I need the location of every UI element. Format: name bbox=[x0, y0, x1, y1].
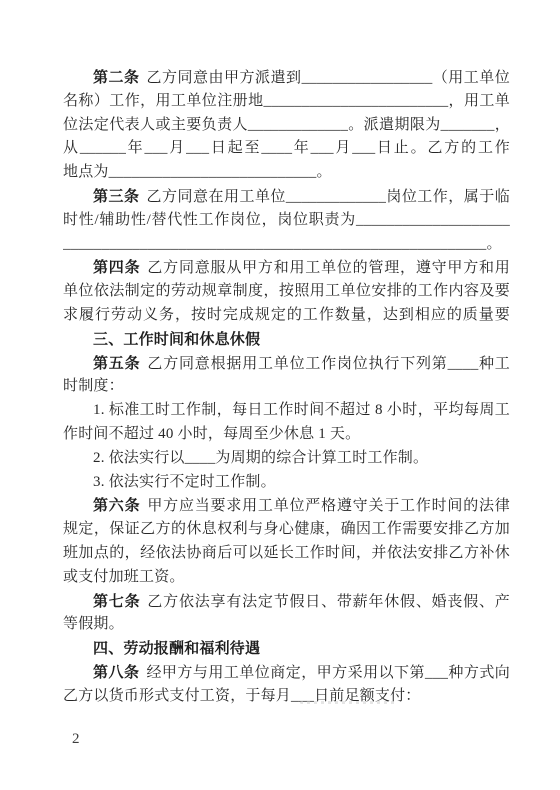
document-body: 第二条乙方同意由甲方派遣到_________________（用工单位名称）工作… bbox=[63, 66, 510, 709]
document-line: 等假期。 bbox=[63, 613, 510, 637]
scan-artifact bbox=[300, 701, 396, 704]
document-line: 第二条乙方同意由甲方派遣到_________________（用工单位 bbox=[63, 66, 510, 90]
article-number-label: 第三条 bbox=[93, 188, 139, 205]
line-text: 时制度： bbox=[63, 378, 124, 394]
document-line: 名称）工作，用工单位注册地________________________，用工… bbox=[63, 90, 510, 114]
article-number-label: 第六条 bbox=[93, 497, 140, 514]
document-line: 或支付加班工资。 bbox=[63, 566, 510, 590]
document-line: 1. 标准工时工作制，每日工作时间不超过 8 小时，平均每周工 bbox=[63, 399, 510, 423]
document-line: 从______年___月___日起至____年___月___日止。乙方的工作 bbox=[63, 137, 510, 161]
document-line: 作时间不超过 40 小时，每周至少休息 1 天。 bbox=[63, 423, 510, 447]
line-text: 乙方同意根据用工单位工作岗位执行下列第____种工 bbox=[147, 356, 510, 372]
line-text: 甲方应当要求用工单位严格遵守关于工作时间的法律 bbox=[147, 498, 510, 514]
line-text: ________________________________________… bbox=[63, 236, 502, 252]
document-line: 位法定代表人或主要负责人_____________。派遣期限为_______， bbox=[63, 114, 510, 138]
article-number-label: 第四条 bbox=[93, 259, 140, 276]
line-text: 求履行劳动义务，按时完成规定的工作数量，达到相应的质量要求。 bbox=[63, 307, 510, 328]
line-text: 名称）工作，用工单位注册地________________________，用工… bbox=[63, 93, 510, 109]
line-text: 单位依法制定的劳动规章制度，按照用工单位安排的工作内容及要 bbox=[63, 283, 510, 299]
document-line: ________________________________________… bbox=[63, 233, 510, 257]
document-line: 3. 依法实行不定时工作制。 bbox=[63, 471, 510, 495]
document-line: 乙方以货币形式支付工资，于每月___日前足额支付： bbox=[63, 685, 510, 709]
line-text: 乙方同意在用工单位_____________岗位工作，属于临 bbox=[146, 189, 510, 205]
document-line: 第五条乙方同意根据用工单位工作岗位执行下列第____种工 bbox=[63, 352, 510, 376]
line-text: 等假期。 bbox=[63, 616, 124, 632]
article-number-label: 第五条 bbox=[93, 355, 140, 372]
line-text: 时性/辅助性/替代性工作岗位，岗位职责为____________________ bbox=[63, 212, 510, 228]
article-number-label: 第八条 bbox=[93, 664, 139, 681]
line-text: 乙方依法享有法定节假日、带薪年休假、婚丧假、产假 bbox=[93, 594, 510, 614]
line-text: 四、劳动报酬和福利待遇 bbox=[93, 640, 260, 657]
document-line: 第六条甲方应当要求用工单位严格遵守关于工作时间的法律 bbox=[63, 494, 510, 518]
document-line: 2. 依法实行以____为周期的综合计算工时工作制。 bbox=[63, 447, 510, 471]
line-text: 班加点的，经依法协商后可以延长工作时间，并依法安排乙方补休 bbox=[63, 545, 510, 561]
document-line: 求履行劳动义务，按时完成规定的工作数量，达到相应的质量要求。 bbox=[63, 304, 510, 328]
document-page: 第二条乙方同意由甲方派遣到_________________（用工单位名称）工作… bbox=[0, 0, 560, 790]
line-text: 3. 依法实行不定时工作制。 bbox=[93, 474, 276, 490]
document-line: 时性/辅助性/替代性工作岗位，岗位职责为____________________ bbox=[63, 209, 510, 233]
document-line: 规定，保证乙方的休息权利与身心健康，确因工作需要安排乙方加 bbox=[63, 518, 510, 542]
document-line: 第八条经甲方与用工单位商定，甲方采用以下第___种方式向 bbox=[63, 661, 510, 685]
line-text: 地点为___________________________。 bbox=[63, 164, 332, 180]
line-text: 或支付加班工资。 bbox=[63, 569, 185, 585]
line-text: 经甲方与用工单位商定，甲方采用以下第___种方式向 bbox=[146, 665, 510, 681]
line-text: 2. 依法实行以____为周期的综合计算工时工作制。 bbox=[93, 450, 428, 466]
document-line: 第三条乙方同意在用工单位_____________岗位工作，属于临 bbox=[63, 185, 510, 209]
line-text: 三、工作时间和休息休假 bbox=[93, 331, 260, 348]
document-line: 第四条乙方同意服从甲方和用工单位的管理，遵守甲方和用工 bbox=[63, 256, 510, 280]
line-text: 乙方同意服从甲方和用工单位的管理，遵守甲方和用工 bbox=[93, 260, 510, 280]
document-line: 地点为___________________________。 bbox=[63, 161, 510, 185]
article-number-label: 第二条 bbox=[93, 69, 140, 86]
line-text: 位法定代表人或主要负责人_____________。派遣期限为_______， bbox=[63, 117, 510, 133]
document-line: 三、工作时间和休息休假 bbox=[63, 328, 510, 352]
line-text: 规定，保证乙方的休息权利与身心健康，确因工作需要安排乙方加 bbox=[63, 521, 510, 537]
line-text: 从______年___月___日起至____年___月___日止。乙方的工作 bbox=[63, 140, 510, 156]
article-number-label: 第七条 bbox=[93, 593, 140, 610]
document-line: 单位依法制定的劳动规章制度，按照用工单位安排的工作内容及要 bbox=[63, 280, 510, 304]
document-line: 班加点的，经依法协商后可以延长工作时间，并依法安排乙方补休 bbox=[63, 542, 510, 566]
document-line: 四、劳动报酬和福利待遇 bbox=[63, 637, 510, 661]
document-line: 第七条乙方依法享有法定节假日、带薪年休假、婚丧假、产假 bbox=[63, 590, 510, 614]
page-number: 2 bbox=[72, 731, 80, 748]
line-text: 作时间不超过 40 小时，每周至少休息 1 天。 bbox=[63, 426, 360, 442]
document-line: 时制度： bbox=[63, 375, 510, 399]
line-text: 乙方同意由甲方派遣到_________________（用工单位 bbox=[147, 70, 510, 86]
line-text: 1. 标准工时工作制，每日工作时间不超过 8 小时，平均每周工 bbox=[93, 402, 510, 418]
